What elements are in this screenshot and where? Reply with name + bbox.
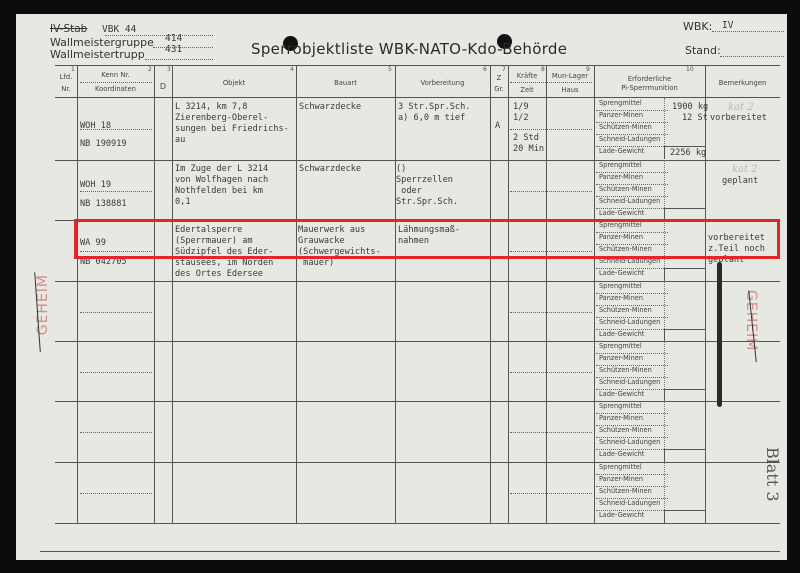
unit-line: IV-Stab VBK 44 (50, 23, 136, 35)
munition-label: Schützen-Minen (599, 426, 652, 434)
bauart: Schwarzdecke (299, 102, 361, 113)
munition-label: Lade-Gewicht (599, 390, 644, 398)
munition-label: Lade-Gewicht (599, 450, 644, 458)
lade-gewicht-box (664, 329, 706, 342)
munition-label: Schützen-Minen (599, 185, 652, 193)
munition-label: Panzer-Minen (599, 111, 643, 119)
munition-label: Sprengmittel (599, 463, 642, 471)
col-header-haus: Haus (546, 86, 594, 94)
col-num-6: 6 (483, 66, 487, 73)
pencil-note: kat 2 (732, 164, 758, 175)
page-title: Sperrobjektliste WBK-NATO-Kdo-Behörde (251, 40, 567, 58)
munition-label: Schneid-Ladungen (599, 318, 660, 326)
munition-label: Schützen-Minen (599, 306, 652, 314)
munition-label: Sprengmittel (599, 282, 642, 290)
munition-label: Schützen-Minen (599, 123, 652, 131)
munition-label: Lade-Gewicht (599, 330, 644, 338)
bemerkung: vorbereitet (710, 113, 767, 124)
sprengmittel-value: 1900 kg (672, 102, 708, 113)
col-num-7: 7 (502, 66, 506, 73)
col-header-koordinaten: Koordinaten (77, 85, 154, 93)
col-num-1: 1 (71, 66, 75, 73)
lade-gewicht-box (664, 389, 706, 402)
vorbereitung: 3 Str.Spr.Sch. a) 6,0 m tief (398, 102, 470, 124)
group-value: 414 (165, 33, 182, 44)
munition-label: Lade-Gewicht (599, 147, 644, 155)
col-header-objekt: Objekt (172, 79, 296, 87)
col-header-bemerkungen: Bemerkungen (705, 79, 780, 87)
z-gruppe: A (495, 121, 500, 132)
col-header-erforderliche: Erforderliche (594, 75, 705, 83)
pencil-note: kat 2 (728, 102, 754, 113)
sheet-number: Blatt 3 (763, 447, 782, 502)
munition-label: Schneid-Ladungen (599, 197, 660, 205)
objekt: L 3214, km 7,8 Zierenberg-Oberel- sungen… (175, 102, 289, 146)
munition-label: Schneid-Ladungen (599, 438, 660, 446)
col-header-zeit: Zeit (508, 86, 546, 94)
col-header-z: Z (490, 74, 508, 82)
col-header-bauart: Bauart (296, 79, 395, 87)
struck-unit: IV-Stab (50, 23, 87, 35)
objekt: Im Zuge der L 3214 von Wolfhagen nach No… (175, 164, 268, 208)
col-num-5: 5 (388, 66, 392, 73)
bauart: Schwarzdecke (299, 164, 361, 175)
col-header-pi-sperrmunition: Pi-Sperrmunition (594, 84, 705, 92)
lade-gewicht-box (664, 268, 706, 281)
kenn-nr: WOH 18 (80, 121, 111, 132)
lade-gewicht-box (664, 510, 706, 523)
col-header-kraefte: Kräfte (508, 72, 546, 80)
munition-label: Schneid-Ladungen (599, 135, 660, 143)
wbk-value: IV (722, 20, 733, 31)
munition-label: Panzer-Minen (599, 173, 643, 181)
troop-value: 431 (165, 44, 182, 55)
col-num-3: 3 (167, 66, 171, 73)
troop-label: Wallmeistertrupp (50, 48, 145, 61)
unit-value: VBK 44 (102, 24, 136, 35)
munition-label: Sprengmittel (599, 161, 642, 169)
kenn-nr: WOH 19 (80, 180, 111, 191)
munition-label: Lade-Gewicht (599, 269, 644, 277)
col-header-mun-lager: Mun-Lager (546, 72, 594, 80)
wbk-label: WBK: (683, 20, 712, 33)
munition-label: Panzer-Minen (599, 414, 643, 422)
stand-label: Stand: (685, 44, 721, 57)
koordinaten: NB 138881 (80, 199, 127, 210)
col-header-gr: Gr. (490, 85, 508, 93)
koordinaten: NB 190919 (80, 139, 127, 150)
munition-label: Panzer-Minen (599, 294, 643, 302)
lade-gewicht-value: 2256 kg (670, 148, 706, 159)
col-header-d: D (154, 82, 172, 91)
lade-gewicht-box (664, 449, 706, 462)
munition-label: Sprengmittel (599, 402, 642, 410)
highlight-box (74, 219, 780, 259)
munition-label: Lade-Gewicht (599, 209, 644, 217)
marker-stroke (717, 262, 722, 407)
col-header-nr: Nr. (55, 85, 77, 93)
col-header-kenn-nr: Kenn Nr. (77, 71, 154, 79)
col-num-4: 4 (290, 66, 294, 73)
kraefte: 1/9 1/2 (513, 102, 529, 124)
munition-label: Sprengmittel (599, 99, 642, 107)
bemerkung: geplant (722, 176, 758, 187)
munition-label: Schneid-Ladungen (599, 499, 660, 507)
zeit: 2 Std 20 Min (513, 133, 544, 155)
vorbereitung: () Sperrzellen oder Str.Spr.Sch. (396, 164, 458, 208)
munition-label: Schneid-Ladungen (599, 378, 660, 386)
panzer-minen-value: 12 St (682, 113, 708, 124)
col-num-10: 10 (686, 66, 694, 73)
munition-label: Lade-Gewicht (599, 511, 644, 519)
document-page (16, 14, 787, 560)
munition-label: Sprengmittel (599, 342, 642, 350)
col-header-vorbereitung: Vorbereitung (395, 79, 490, 87)
munition-label: Panzer-Minen (599, 354, 643, 362)
munition-label: Schützen-Minen (599, 366, 652, 374)
col-header-lfd: Lfd. (55, 73, 77, 81)
munition-label: Panzer-Minen (599, 475, 643, 483)
munition-label: Schützen-Minen (599, 487, 652, 495)
